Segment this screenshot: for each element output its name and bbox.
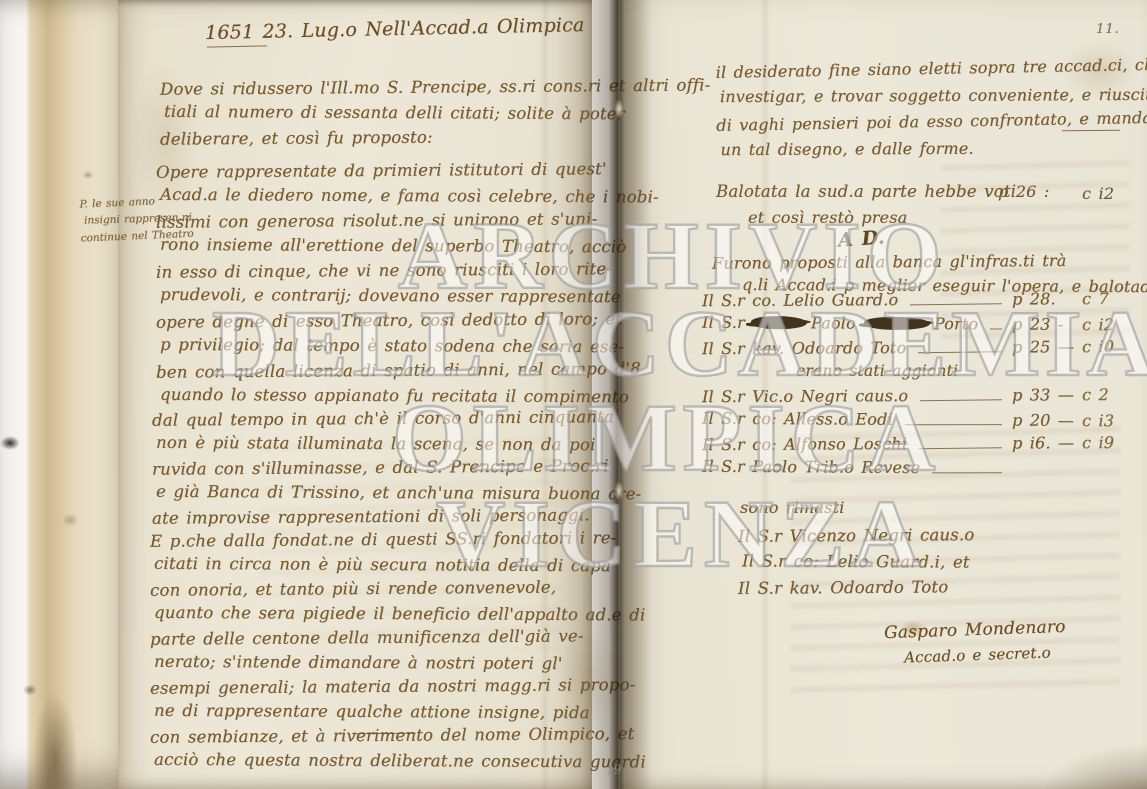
candidate-name: Il S.r co: Alfonso Loschi xyxy=(702,434,907,454)
candidate-name: Il S.r Paolo Trib.o Revese xyxy=(702,457,920,477)
remaining-name: Il S.r kav. Odoardo Toto xyxy=(738,574,975,602)
manuscript-line: Furono proposti alla banca gl'infras.ti … xyxy=(712,248,1142,275)
manuscript-line: in esso di cinque, che vi ne sono riusci… xyxy=(156,256,596,284)
flourish-mark: A D. xyxy=(837,226,885,251)
paragraph-opere-rappresentate: Opere rappresentate da primieri istituto… xyxy=(156,158,596,408)
manuscript-line: parte delle centone della munificenza de… xyxy=(150,624,596,652)
pro-votes: p 25 — xyxy=(1012,337,1082,356)
tally-dash-line xyxy=(932,472,1002,473)
contra-votes: c i3 xyxy=(1082,411,1138,430)
ink-blot xyxy=(864,317,930,330)
pencil-folio-number: 19 xyxy=(605,762,622,778)
tally-dash-line xyxy=(990,328,1002,329)
tally-dash-line xyxy=(910,303,1002,305)
contra-votes: c 2 xyxy=(1082,385,1138,404)
manuscript-line: prudevoli, e contrarij; dovevano esser r… xyxy=(160,282,596,309)
manuscript-line: citati in circa non è più secura notitia… xyxy=(154,551,596,578)
manuscript-line: p privilegio; dal tempo è stato sodena c… xyxy=(160,332,596,359)
paragraph-proposta: E p.che dalla fondat.ne di questi SS.ri … xyxy=(150,528,596,773)
contra-votes: c i9 xyxy=(1082,433,1138,452)
ballot-pro-count: p 26 : xyxy=(998,182,1049,201)
manuscript-line: Opere rappresentate da primieri istituto… xyxy=(156,156,596,184)
tally-dash-line xyxy=(905,424,1002,425)
paragraph-resolution-intro: Dove si ridussero l'Ill.mo S. Prencipe, … xyxy=(160,75,596,150)
manuscript-line: nerato; s'intende dimandare à nostri pot… xyxy=(154,649,596,676)
candidate-name: Il S.rPaoloPorto xyxy=(702,313,978,334)
remaining-name: Il S.r co: Lelio Guard.i, et xyxy=(742,548,975,575)
manuscript-line: Dove si ridussero l'Ill.mo S. Prencipe, … xyxy=(160,73,596,101)
pro-votes: p 20 — xyxy=(1012,411,1082,430)
manuscript-line: Acad.a le diedero nome, e fama così cele… xyxy=(160,182,596,209)
contra-votes: c 7 xyxy=(1082,289,1138,308)
manuscript-line: deliberare, et così fu proposto: xyxy=(160,123,596,151)
ballot-statement: Balotata la sud.a parte hebbe voti xyxy=(716,182,1016,201)
candidate-name: Il S.r co: Alless.o Eodi xyxy=(702,409,893,429)
manuscript-scan: 1651 23. Lug.o Nell'Accad.a Olimpica P. … xyxy=(0,0,1147,789)
manuscript-line: tiali al numero di sessanta delli citati… xyxy=(164,99,596,126)
pro-votes: p i6. — xyxy=(1012,433,1082,452)
manuscript-line: E p.che dalla fondat.ne di questi SS.ri … xyxy=(150,526,596,554)
candidate-name: Il S.r kav. Odoardo Toto xyxy=(702,338,906,358)
pro-votes: p 23 - xyxy=(1012,315,1082,334)
candidate-name: Il S.r co. Lelio Guard.o xyxy=(702,290,898,310)
vote-row: Il S.r Vic.o Negri caus.o p 33 — c 2 xyxy=(702,385,1138,411)
vote-row: Il S.r Paolo Trib.o Revese xyxy=(702,457,1138,484)
paragraph-dal-qual-tempo: dal qual tempo in qua ch'è il corso d'an… xyxy=(152,407,594,530)
manuscript-line: ruvida con s'illuminasse, e dal S. Prenc… xyxy=(152,454,594,482)
aggionti-note: erano stati aggionti xyxy=(796,362,958,380)
tally-dash-line xyxy=(920,399,1002,401)
tally-dash-line xyxy=(919,447,1002,449)
manuscript-line: quanto che sera pigiede il beneficio del… xyxy=(154,600,596,627)
ballot-contra-count: c i2 xyxy=(1082,184,1114,203)
manuscript-line: ne di rappresentare qualche attione insi… xyxy=(154,698,596,725)
manuscript-line: opere degne di esso Theatro, così dedott… xyxy=(156,306,596,334)
remaining-name: Il S.r Vicenzo Negri caus.o xyxy=(738,522,975,550)
manuscript-line: esempi generali; la materia da nostri ma… xyxy=(150,673,596,701)
pro-votes: p 33 — xyxy=(1012,385,1082,404)
tally-dash-line xyxy=(918,351,1002,353)
candidate-name: Il S.r Vic.o Negri caus.o xyxy=(702,386,908,406)
manuscript-line: e già Banca di Trissino, et anch'una mis… xyxy=(156,479,594,506)
manuscript-line: acciò che questa nostra deliberat.ne con… xyxy=(154,747,596,774)
manuscript-line: con sembianze, et à riverimento del nome… xyxy=(150,722,596,750)
book-cover-edge xyxy=(0,0,118,789)
paragraph-desiderato-fine: il desiderato fine siano eletti sopra tr… xyxy=(715,54,1142,164)
ballot-result: et così restò presa xyxy=(748,208,907,227)
manuscript-line: dal qual tempo in qua ch'è il corso d'an… xyxy=(152,405,594,433)
vote-list-second: Il S.r Vic.o Negri caus.o p 33 — c 2 Il … xyxy=(702,386,1138,482)
manuscript-line: con onoria, et tanto più si rende conven… xyxy=(150,575,596,603)
manuscript-line: un tal disegno, e dalle forme. xyxy=(720,134,1142,163)
remaining-label: sono rimasti xyxy=(740,498,845,517)
vote-row: Il S.r co: Alless.o Eodi p 20 — c i3 xyxy=(702,409,1138,436)
pro-votes: p 28. xyxy=(1012,289,1082,308)
contra-votes: c i2 xyxy=(1082,315,1138,334)
remaining-names: Il S.r Vicenzo Negri caus.oIl S.r co: Le… xyxy=(738,523,974,601)
manuscript-line: rono insieme all'erettione del superbo T… xyxy=(160,232,596,259)
folio-number: 11. xyxy=(1096,22,1120,37)
manuscript-line: lissimi con generosa risolut.ne si uniro… xyxy=(156,206,596,234)
manuscript-line: non è più stata illuminata la scena, se … xyxy=(156,430,594,457)
vote-row: Il S.r co. Lelio Guard.o p 28. c 7 xyxy=(702,289,1138,315)
ink-blot xyxy=(751,316,807,329)
binding-stitch xyxy=(612,96,626,122)
vote-row: Il S.r kav. Odoardo Toto p 25 — c i0 xyxy=(702,337,1138,363)
contra-votes: c i0 xyxy=(1082,337,1138,356)
manuscript-line: ben con quella licenza di spatio di anni… xyxy=(156,356,596,384)
binding-stitch xyxy=(612,478,626,504)
vote-row: Il S.r co: Alfonso Loschi p i6. — c i9 xyxy=(702,433,1138,459)
vote-list-first: Il S.r co. Lelio Guard.o p 28. c 7 Il S.… xyxy=(702,290,1138,362)
vote-row: Il S.rPaoloPorto p 23 - c i2 xyxy=(702,313,1138,340)
